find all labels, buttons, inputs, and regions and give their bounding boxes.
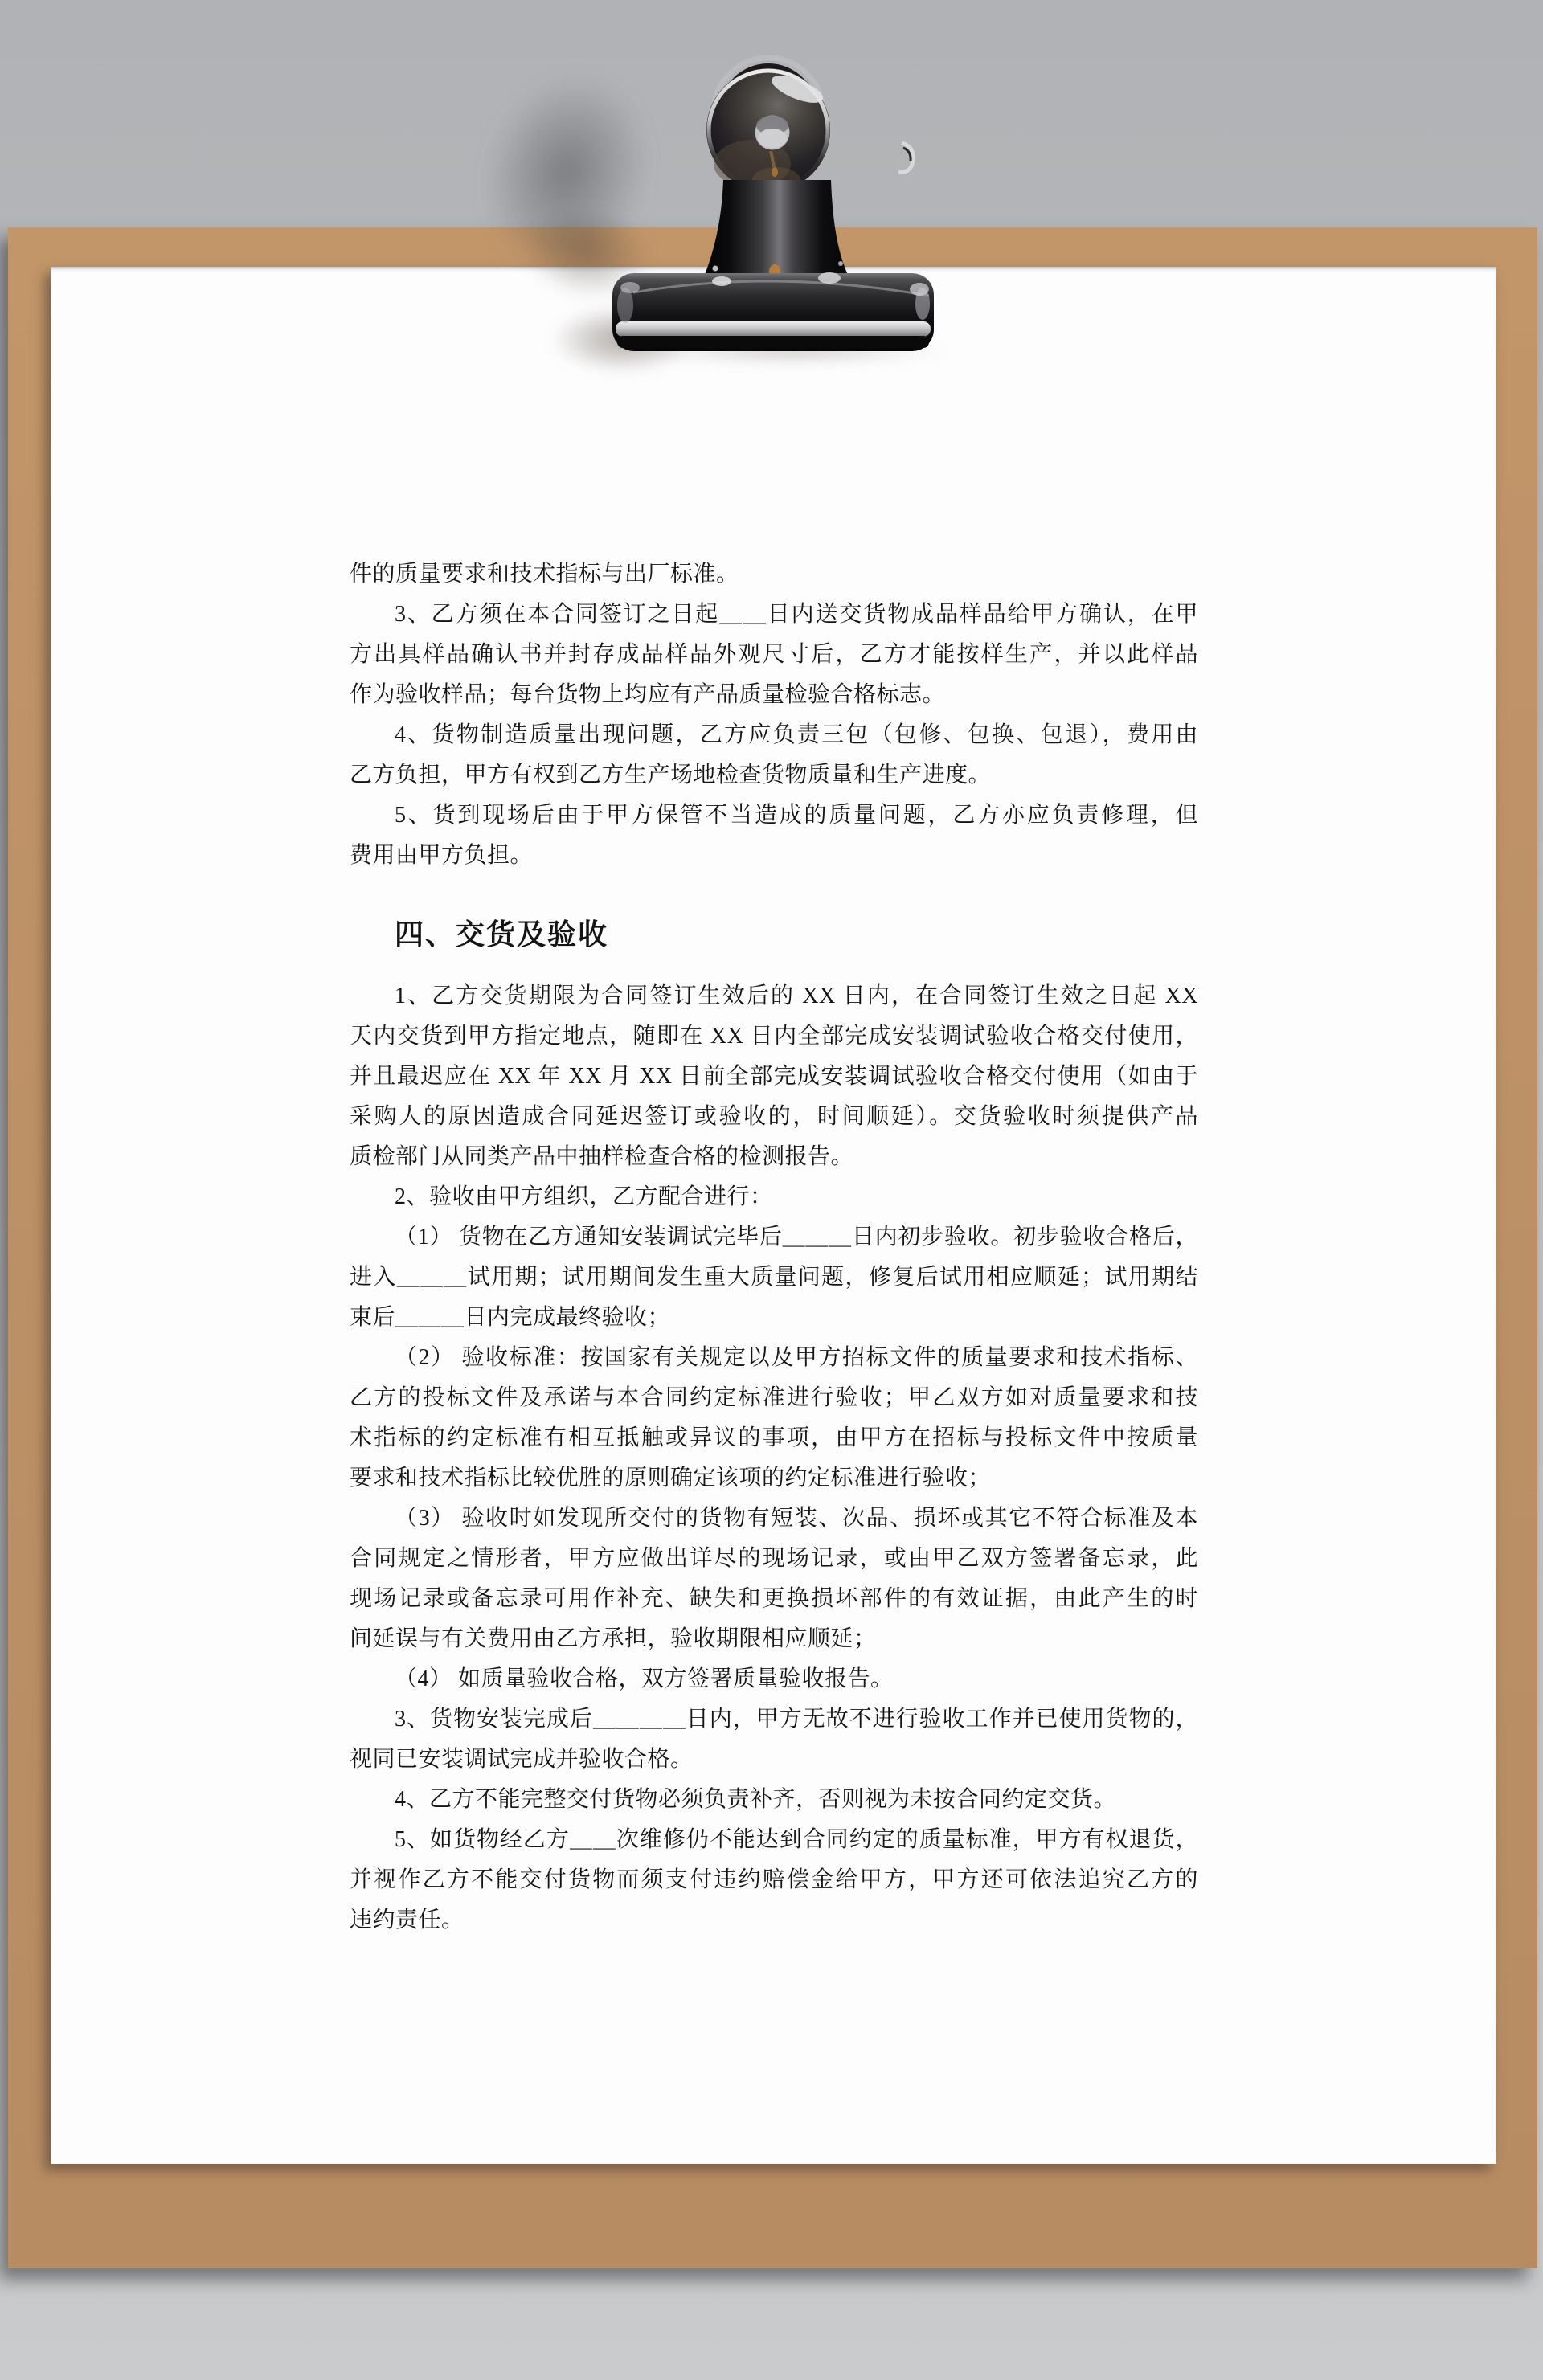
contract-line: 现场记录或备忘录可用作补充、缺失和更换损坏部件的有效证据，由此产生的时 [350, 1579, 1198, 1619]
contract-line: 合同规定之情形者，甲方应做出详尽的现场记录，或由甲乙双方签署备忘录，此 [350, 1539, 1198, 1579]
contract-line: 费用由甲方负担。 [350, 836, 1198, 876]
contract-text-block: 件的质量要求和技术指标与出厂标准。 3、乙方须在本合同签订之日起＿＿日内送交货物… [350, 554, 1198, 1940]
contract-line: 4、货物制造质量出现问题，乙方应负责三包（包修、包换、包退），费用由 [350, 715, 1198, 755]
contract-line: 进入＿＿＿试用期；试用期间发生重大质量问题，修复后试用相应顺延；试用期结 [350, 1257, 1198, 1298]
contract-line: 3、货物安装完成后＿＿＿＿日内，甲方无故不进行验收工作并已使用货物的， [350, 1699, 1198, 1740]
contract-line: 质检部门从同类产品中抽样检查合格的检测报告。 [350, 1137, 1198, 1177]
clip-neck [704, 180, 849, 279]
contract-line: 件的质量要求和技术指标与出厂标准。 [350, 554, 1198, 595]
contract-line: 乙方的投标文件及承诺与本合同约定标准进行验收；甲乙双方如对质量要求和技 [350, 1378, 1198, 1418]
contract-line: （3） 验收时如发现所交付的货物有短装、次品、损坏或其它不符合标准及本 [350, 1499, 1198, 1539]
clip-bar [612, 272, 934, 351]
contract-line: 间延误与有关费用由乙方承担，验收期限相应顺延； [350, 1619, 1198, 1659]
contract-line: 并视作乙方不能交付货物而须支付违约赔偿金给甲方，甲方还可依法追究乙方的 [350, 1860, 1198, 1900]
binder-clip-icon [595, 22, 948, 356]
contract-page: 件的质量要求和技术指标与出厂标准。 3、乙方须在本合同签订之日起＿＿日内送交货物… [51, 267, 1496, 2164]
contract-line: 1、乙方交货期限为合同签订生效后的 XX 日内，在合同签订生效之日起 XX [350, 976, 1198, 1016]
scene: 件的质量要求和技术指标与出厂标准。 3、乙方须在本合同签订之日起＿＿日内送交货物… [0, 0, 1543, 2380]
contract-line: （2） 验收标准：按国家有关规定以及甲方招标文件的质量要求和技术指标、 [350, 1338, 1198, 1378]
section-heading: 四、交货及验收 [350, 914, 1198, 955]
contract-line: 视同已安装调试完成并验收合格。 [350, 1740, 1198, 1780]
contract-line: （1） 货物在乙方通知安装调试完毕后＿＿＿日内初步验收。初步验收合格后， [350, 1217, 1198, 1257]
clip-head [706, 68, 913, 193]
clip-ear-tab [898, 143, 913, 172]
contract-line: 天内交货到甲方指定地点，随即在 XX 日内全部完成安装调试验收合格交付使用， [350, 1016, 1198, 1057]
contract-line: 违约责任。 [350, 1900, 1198, 1940]
contract-line: 术指标的约定标准有相互抵触或异议的事项，由甲方在招标与投标文件中按质量 [350, 1418, 1198, 1458]
contract-line: 束后＿＿＿日内完成最终验收； [350, 1298, 1198, 1338]
contract-line: 4、乙方不能完整交付货物必须负责补齐，否则视为未按合同约定交货。 [350, 1780, 1198, 1820]
clip-hole [755, 116, 790, 150]
contract-line: 要求和技术指标比较优胜的原则确定该项的约定标准进行验收； [350, 1458, 1198, 1499]
contract-line: 并且最迟应在 XX 年 XX 月 XX 日前全部完成安装调试验收合格交付使用（如… [350, 1057, 1198, 1097]
contract-line: 采购人的原因造成合同延迟签订或验收的，时间顺延）。交货验收时须提供产品 [350, 1097, 1198, 1137]
contract-line: 5、货到现场后由于甲方保管不当造成的质量问题，乙方亦应负责修理，但 [350, 795, 1198, 836]
contract-line: 3、乙方须在本合同签订之日起＿＿日内送交货物成品样品给甲方确认，在甲 [350, 595, 1198, 635]
contract-line: 作为验收样品；每台货物上均应有产品质量检验合格标志。 [350, 675, 1198, 715]
contract-line: 乙方负担，甲方有权到乙方生产场地检查货物质量和生产进度。 [350, 755, 1198, 795]
contract-line: 2、验收由甲方组织，乙方配合进行： [350, 1177, 1198, 1217]
contract-line: 方出具样品确认书并封存成品样品外观尺寸后，乙方才能按样生产，并以此样品 [350, 635, 1198, 675]
contract-line: （4） 如质量验收合格，双方签署质量验收报告。 [350, 1659, 1198, 1699]
contract-line: 5、如货物经乙方＿＿次维修仍不能达到合同约定的质量标准，甲方有权退货， [350, 1820, 1198, 1860]
